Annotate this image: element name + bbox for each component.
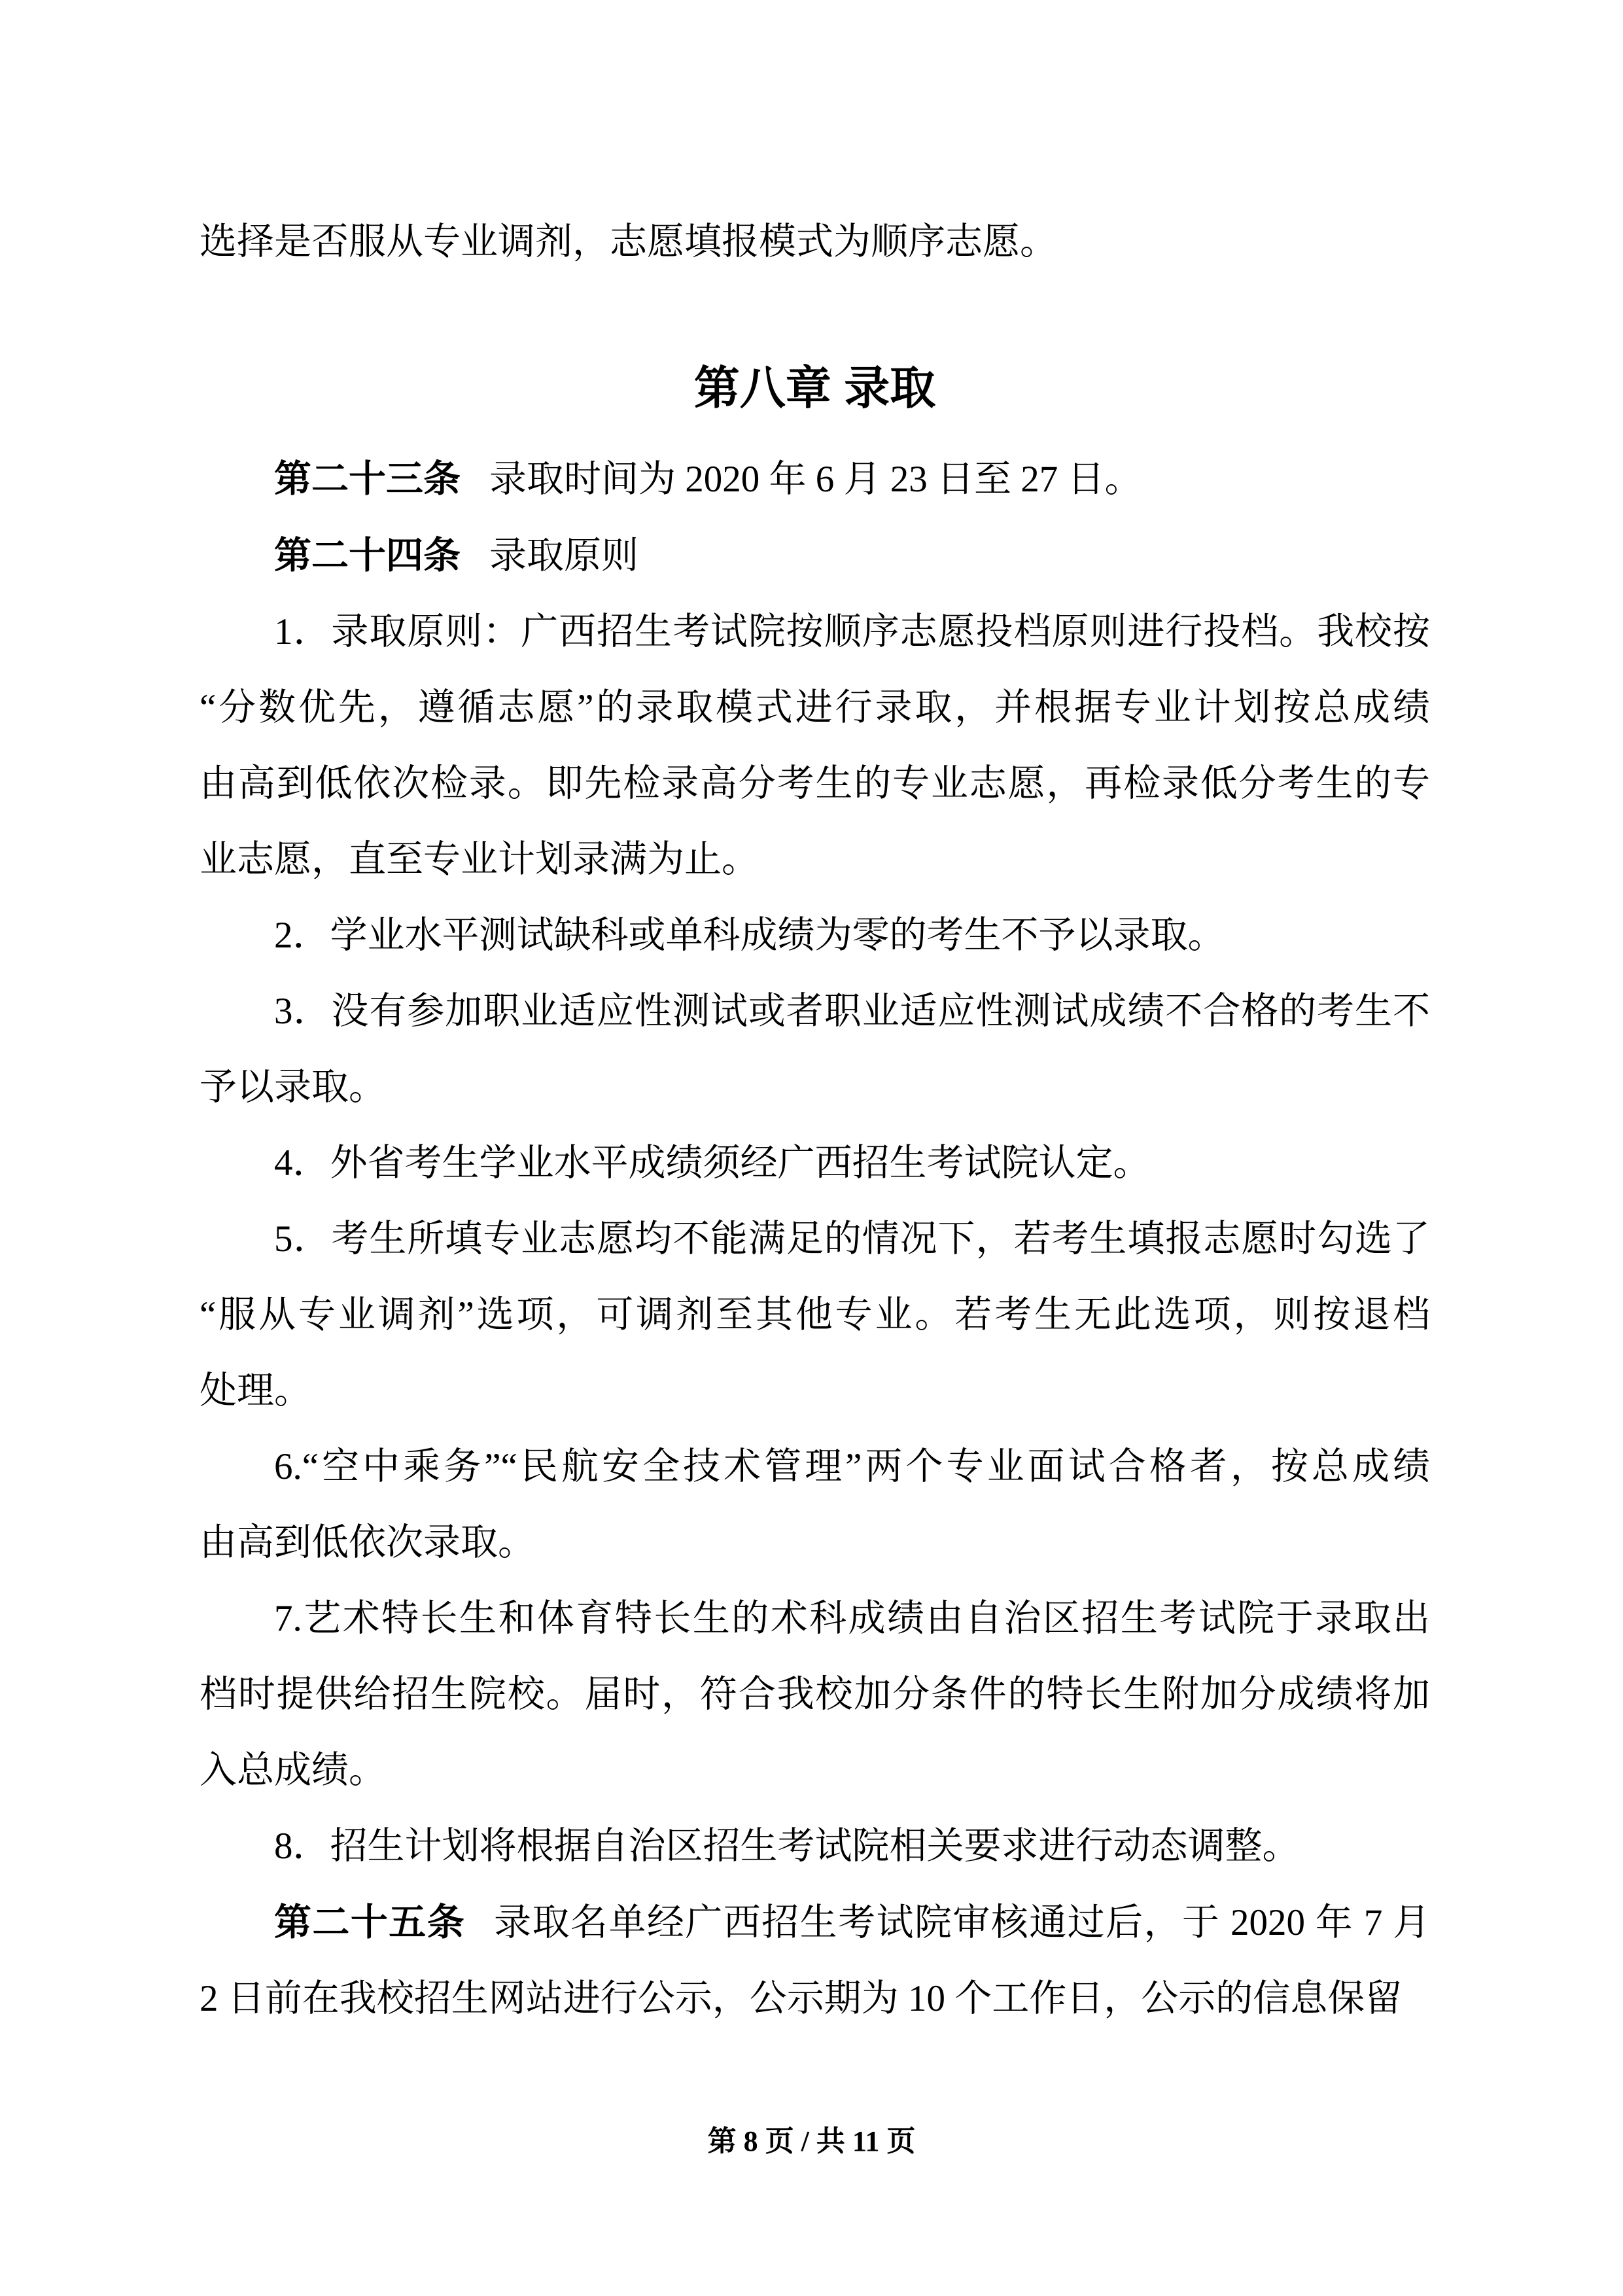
- text-line: 档时提供给招生院校。届时，符合我校加分条件的特长生附加分成绩将加: [200, 1657, 1430, 1733]
- article-24-label: 第二十四条: [274, 535, 461, 576]
- text-line: 由高到低依次检录。即先检录高分考生的专业志愿，再检录低分考生的专: [200, 746, 1430, 822]
- text-line: 第二十四条录取原则: [200, 518, 1430, 594]
- document-page: 选择是否服从专业调剂，志愿填报模式为顺序志愿。 第八章 录取 第二十三条录取时间…: [0, 0, 1623, 2296]
- rule-item-4: 4．外省考生学业水平成绩须经广西招生考试院认定。: [200, 1125, 1430, 1201]
- rule-item-2: 2．学业水平测试缺科或单科成绩为零的考生不予以录取。: [200, 898, 1430, 974]
- text-line: 2．学业水平测试缺科或单科成绩为零的考生不予以录取。: [200, 898, 1430, 974]
- article-25: 第二十五条录取名单经广西招生考试院审核通过后，于 2020 年 7 月 2 日前…: [200, 1884, 1430, 2037]
- text-line: 6.“空中乘务”“民航安全技术管理”两个专业面试合格者，按总成绩: [200, 1429, 1430, 1505]
- article-24-text: 录取原则: [489, 535, 638, 576]
- document-body: 选择是否服从专业调剂，志愿填报模式为顺序志愿。 第八章 录取 第二十三条录取时间…: [200, 204, 1430, 2037]
- rule-item-1: 1．录取原则：广西招生考试院按顺序志愿投档原则进行投档。我校按“分数优先，遵循志…: [200, 594, 1430, 898]
- text-line: 8．招生计划将根据自治区招生考试院相关要求进行动态调整。: [200, 1809, 1430, 1884]
- rule-item-8: 8．招生计划将根据自治区招生考试院相关要求进行动态调整。: [200, 1809, 1430, 1884]
- text-line: 2 日前在我校招生网站进行公示，公示期为 10 个工作日，公示的信息保留: [200, 1961, 1430, 2037]
- text-line: 业志愿，直至专业计划录满为止。: [200, 822, 1430, 898]
- page-footer: 第 8 页 / 共 11 页: [0, 2122, 1623, 2161]
- rule-item-6: 6.“空中乘务”“民航安全技术管理”两个专业面试合格者，按总成绩由高到低依次录取…: [200, 1429, 1430, 1581]
- text-line: 第二十三条录取时间为 2020 年 6 月 23 日至 27 日。: [200, 441, 1430, 518]
- text-line: 7.艺术特长生和体育特长生的术科成绩由自治区招生考试院于录取出: [200, 1581, 1430, 1657]
- text-line: 由高到低依次录取。: [200, 1505, 1430, 1581]
- text-line: 4．外省考生学业水平成绩须经广西招生考试院认定。: [200, 1125, 1430, 1201]
- chapter-heading: 第八章 录取: [200, 345, 1430, 431]
- text-line: 入总成绩。: [200, 1733, 1430, 1809]
- text-line: 5．考生所填专业志愿均不能满足的情况下，若考生填报志愿时勾选了: [200, 1201, 1430, 1277]
- text-line: 予以录取。: [200, 1050, 1430, 1125]
- article-25-text: 录取名单经广西招生考试院审核通过后，于 2020 年 7 月: [494, 1902, 1430, 1943]
- rule-item-5: 5．考生所填专业志愿均不能满足的情况下，若考生填报志愿时勾选了“服从专业调剂”选…: [200, 1201, 1430, 1429]
- article-23-text: 录取时间为 2020 年 6 月 23 日至 27 日。: [489, 459, 1142, 500]
- article-23-label: 第二十三条: [274, 458, 461, 500]
- article-23: 第二十三条录取时间为 2020 年 6 月 23 日至 27 日。: [200, 441, 1430, 518]
- text-line: 处理。: [200, 1353, 1430, 1429]
- text-line: “服从专业调剂”选项，可调剂至其他专业。若考生无此选项，则按退档: [200, 1277, 1430, 1353]
- text-line: “分数优先，遵循志愿”的录取模式进行录取，并根据专业计划按总成绩: [200, 670, 1430, 746]
- page-number: 第 8 页 / 共 11 页: [708, 2125, 916, 2157]
- text-line: 选择是否服从专业调剂，志愿填报模式为顺序志愿。: [200, 204, 1430, 280]
- text-line: 3．没有参加职业适应性测试或者职业适应性测试成绩不合格的考生不: [200, 974, 1430, 1050]
- rule-item-7: 7.艺术特长生和体育特长生的术科成绩由自治区招生考试院于录取出档时提供给招生院校…: [200, 1581, 1430, 1809]
- rule-item-3: 3．没有参加职业适应性测试或者职业适应性测试成绩不合格的考生不予以录取。: [200, 974, 1430, 1125]
- article-24: 第二十四条录取原则: [200, 518, 1430, 594]
- continuation-paragraph: 选择是否服从专业调剂，志愿填报模式为顺序志愿。: [200, 204, 1430, 280]
- text-line: 1．录取原则：广西招生考试院按顺序志愿投档原则进行投档。我校按: [200, 594, 1430, 670]
- article-25-label: 第二十五条: [274, 1901, 465, 1943]
- text-line: 第二十五条录取名单经广西招生考试院审核通过后，于 2020 年 7 月: [200, 1884, 1430, 1961]
